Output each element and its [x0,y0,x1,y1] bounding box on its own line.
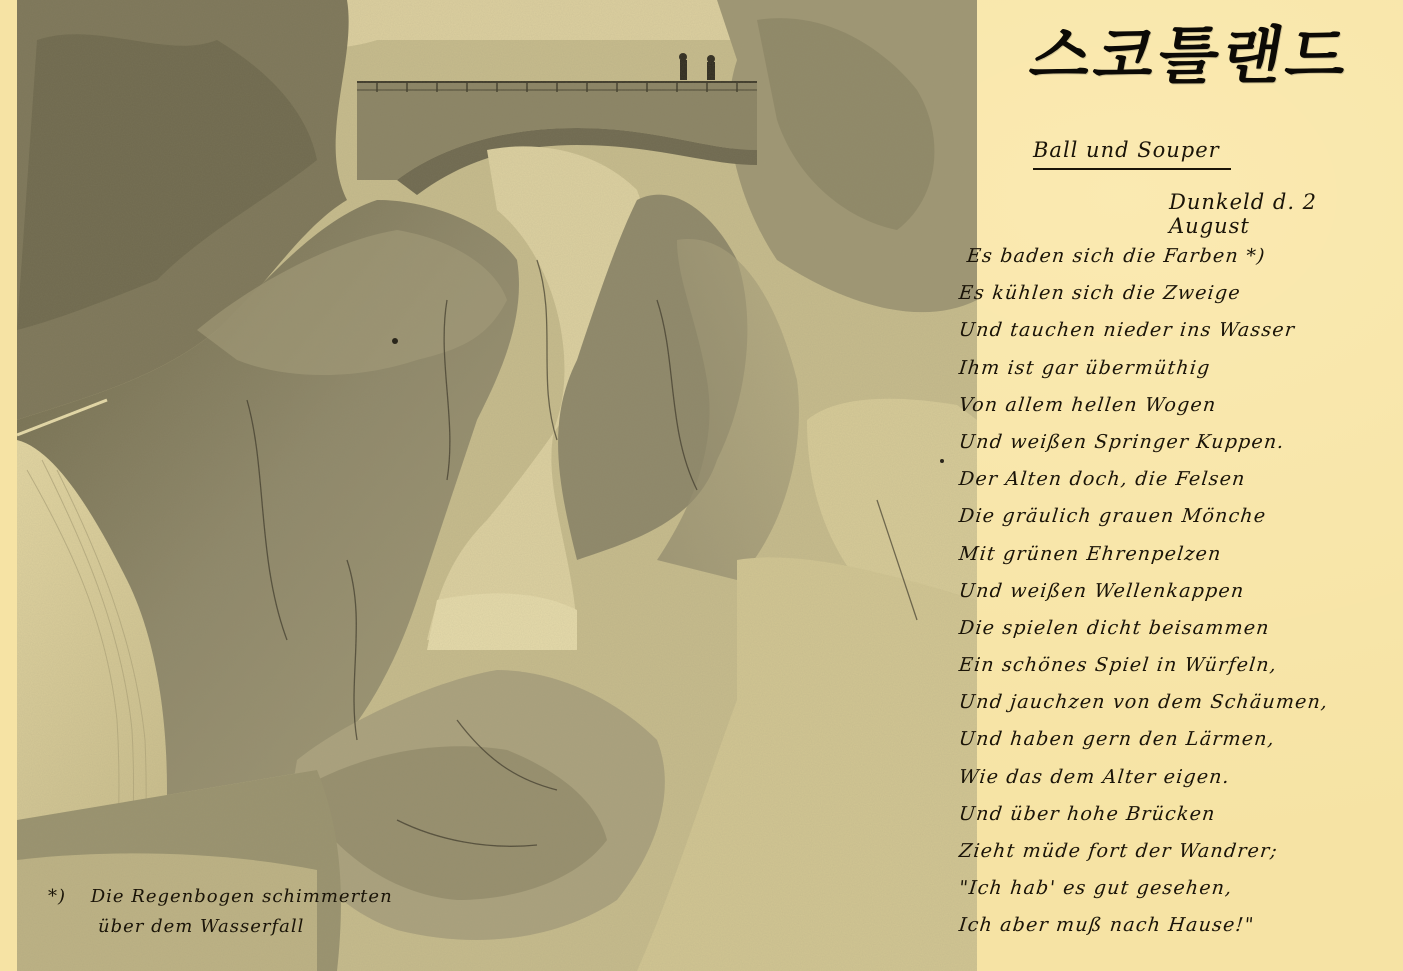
poem-line: Und jauchzen von dem Schäumen, [957,684,1330,721]
poem-line: "Ich hab' es gut gesehen, [957,870,1330,907]
poem-line: Ich aber muß nach Hause!" [957,907,1330,944]
poem-heading: Ball und Souper [1033,138,1231,170]
page-title: 스코틀랜드 [1024,6,1359,95]
poem-line: Der Alten doch, die Felsen [957,461,1330,498]
poem-line: Und weißen Wellenkappen [957,573,1330,610]
poem-line: Ihm ist gar übermüthig [957,350,1330,387]
poem-line: Und tauchen nieder ins Wasser [957,312,1330,349]
poem-line: Von allem hellen Wogen [957,387,1330,424]
poem-line: Es baden sich die Farben *) [957,238,1330,275]
poem-line: Ein schönes Spiel in Würfeln, [957,647,1330,684]
poem-dateline: Dunkeld d. 2 August [1169,190,1395,238]
poem-line: Die gräulich grauen Mönche [957,498,1330,535]
manuscript-page: 스코틀랜드 Ball und Souper Dunkeld d. 2 Augus… [0,0,1403,971]
poem-line: Und über hohe Brücken [957,796,1330,833]
poem-line: Zieht müde fort der Wandrer; [957,833,1330,870]
poem-line: Mit grünen Ehrenpelzen [957,536,1330,573]
poem-line: Und haben gern den Lärmen, [957,721,1330,758]
footnote-line-2: über dem Wasserfall [48,912,393,942]
footnote: *) Die Regenbogen schimmerten über dem W… [48,882,393,942]
handwritten-poem: Ball und Souper Dunkeld d. 2 August Es b… [955,130,1395,950]
gorge-sketch [17,0,977,971]
footnote-line-1: Die Regenbogen schimmerten [91,886,393,907]
poem-line: Wie das dem Alter eigen. [957,759,1330,796]
sketch-illustration [17,0,977,971]
footnote-mark: *) [48,882,84,912]
poem-lines: Es baden sich die Farben *) Es kühlen si… [959,238,1328,945]
poem-line: Und weißen Springer Kuppen. [957,424,1330,461]
poem-line: Die spielen dicht beisammen [957,610,1330,647]
poem-line: Es kühlen sich die Zweige [957,275,1330,312]
